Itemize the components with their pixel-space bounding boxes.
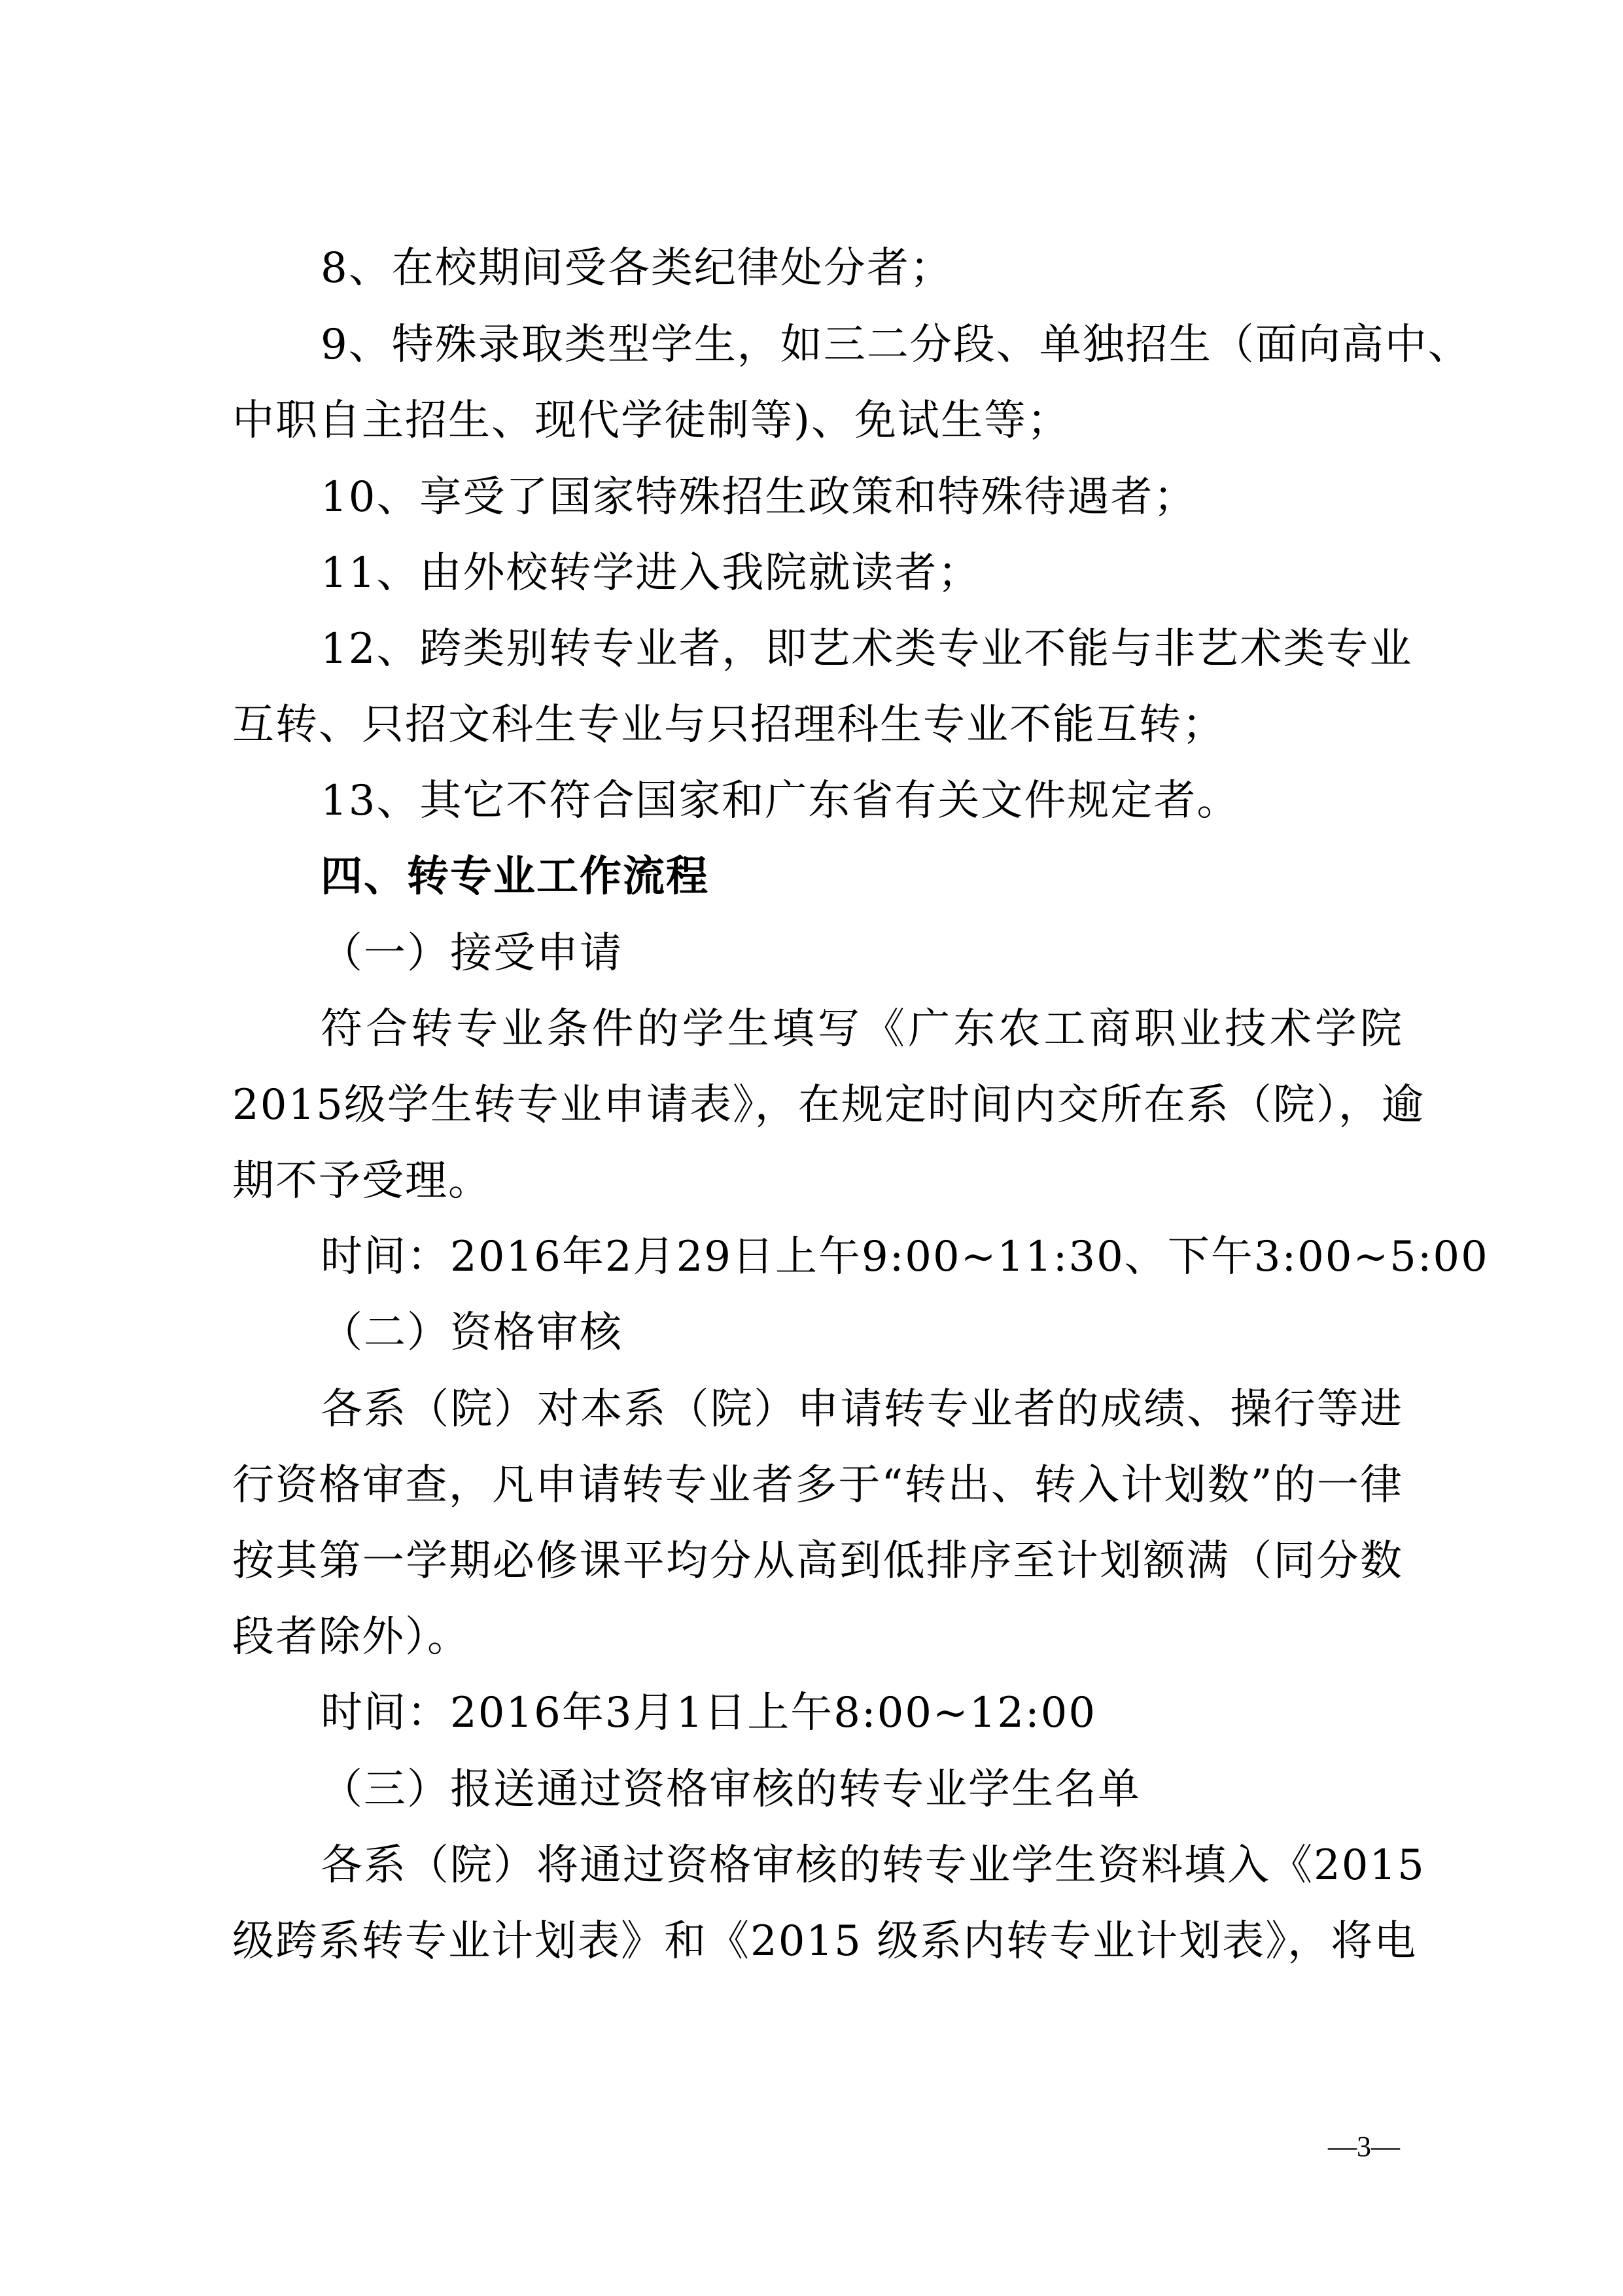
application-time: 时间：2016年2月29日上午9:00~11:30、下午3:00~5:00	[321, 1231, 1403, 1283]
paragraph-submit: 各系（院）将通过资格审核的转专业学生资料填入《2015	[321, 1839, 1403, 1892]
paragraph-review-cont-2: 按其第一学期必修课平均分从高到低排序至计划额满（同分数	[232, 1535, 1403, 1587]
list-item-9-cont: 中职自主招生、现代学徒制等)、免试生等；	[232, 395, 1403, 447]
list-item-13: 13、其它不符合国家和广东省有关文件规定者。	[321, 775, 1492, 827]
subsection-heading-1: （一）接受申请	[321, 927, 1492, 980]
list-item-8: 8、在校期间受各类纪律处分者；	[321, 242, 1492, 294]
paragraph-review: 各系（院）对本系（院）申请转专业者的成绩、操行等进	[321, 1383, 1403, 1436]
list-item-9: 9、特殊录取类型学生，如三二分段、单独招生（面向高中、	[321, 319, 1403, 371]
list-item-11: 11、由外校转学进入我院就读者；	[321, 547, 1492, 599]
subsection-heading-2: （二）资格审核	[321, 1307, 1492, 1359]
paragraph-application-end: 期不予受理。	[232, 1155, 1403, 1207]
paragraph-submit-cont: 级跨系转专业计划表》和《2015 级系内转专业计划表》，将电	[232, 1915, 1403, 1968]
list-item-12-cont: 互转、只招文科生专业与只招理科生专业不能互转；	[232, 699, 1403, 751]
paragraph-application-cont: 2015级学生转专业申请表》，在规定时间内交所在系（院），逾	[232, 1079, 1403, 1131]
review-time: 时间：2016年3月1日上午8:00~12:00	[321, 1687, 1492, 1739]
list-item-12: 12、跨类别转专业者，即艺术类专业不能与非艺术类专业	[321, 623, 1403, 675]
section-heading-4: 四、转专业工作流程	[321, 851, 1492, 903]
page-number: —3—	[1328, 2130, 1400, 2163]
paragraph-review-end: 段者除外）。	[232, 1611, 1403, 1663]
list-item-10: 10、享受了国家特殊招生政策和特殊待遇者；	[321, 471, 1492, 523]
paragraph-application: 符合转专业条件的学生填写《广东农工商职业技术学院	[321, 1003, 1403, 1055]
paragraph-review-cont-1: 行资格审查，凡申请转专业者多于“转出、转入计划数”的一律	[232, 1459, 1403, 1511]
subsection-heading-3: （三）报送通过资格审核的转专业学生名单	[321, 1763, 1492, 1816]
